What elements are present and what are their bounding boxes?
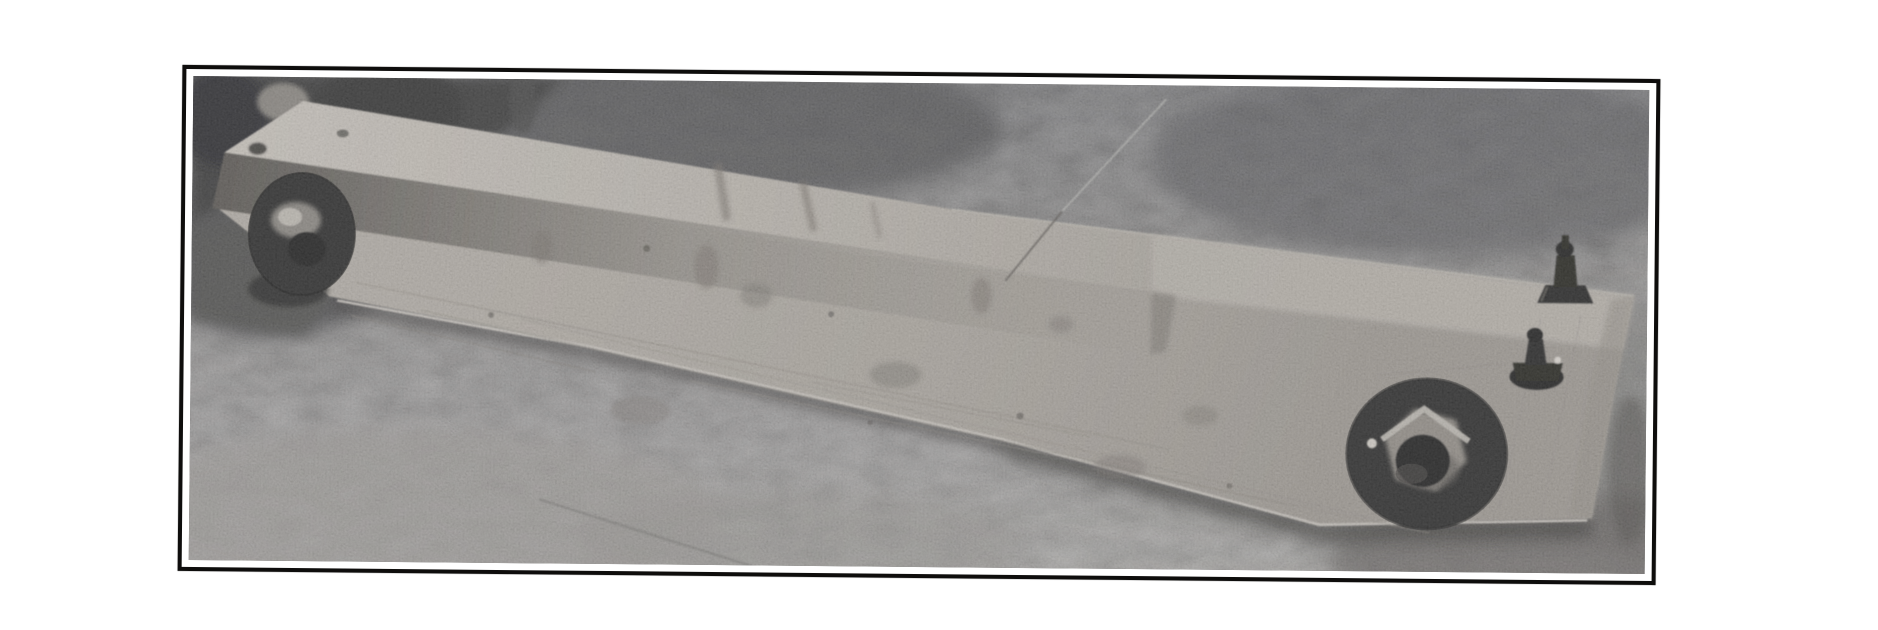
scanned-page xyxy=(0,0,1878,630)
photo-illustration xyxy=(189,76,1650,574)
halftone-noise-overlay xyxy=(189,76,1650,574)
framed-photograph xyxy=(178,65,1661,585)
halftone-photo xyxy=(189,76,1650,574)
